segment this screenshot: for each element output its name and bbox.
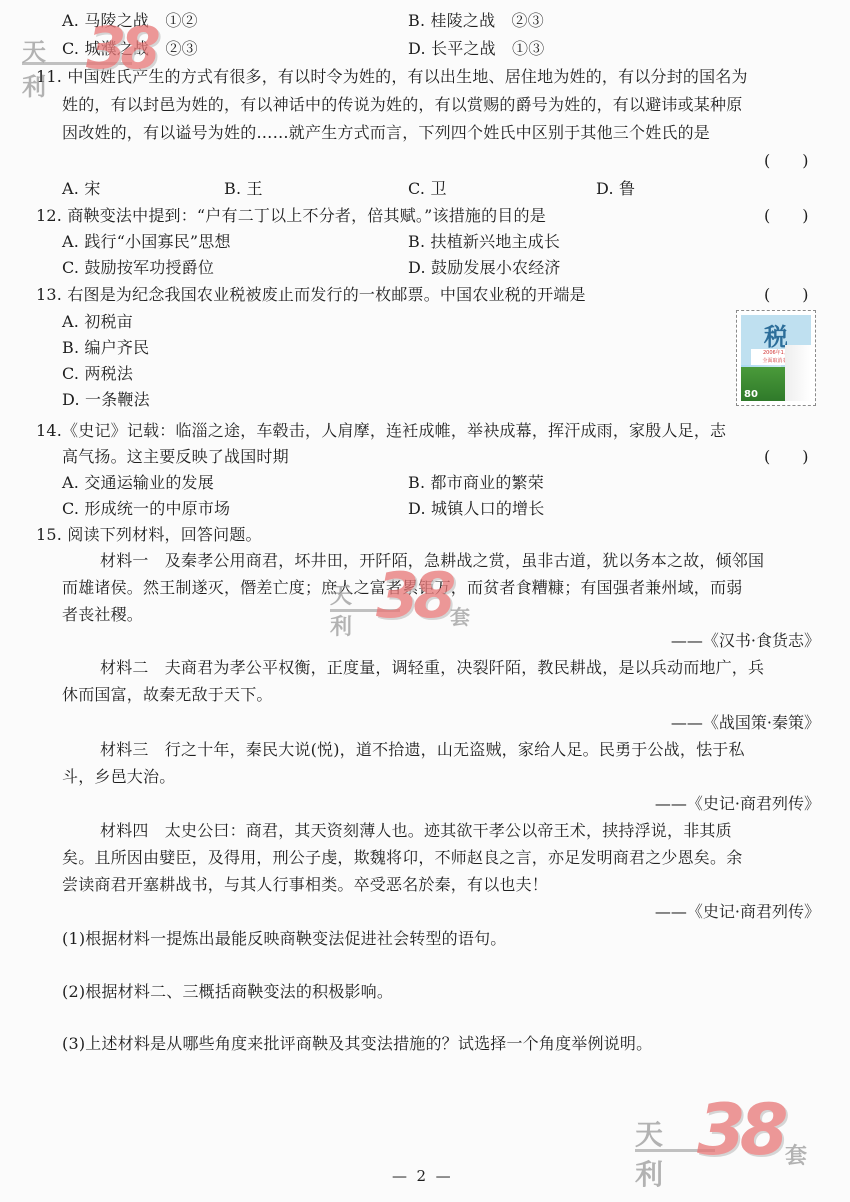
- q14-stem-line-1: 14.《史记》记载：临淄之途，车毂击，人肩摩，连衽成帷，举袂成幕，挥汗成雨，家殷…: [36, 420, 726, 442]
- q14-answer-blank[interactable]: ( ): [764, 446, 809, 468]
- material-1-line-3: 者丧社稷。: [62, 604, 143, 626]
- material-2-source: ——《战国策·秦策》: [671, 712, 820, 734]
- agricultural-tax-stamp-image: 税 2006年1月1日 全面取消农业税 80: [736, 310, 816, 406]
- q11-stem-line-1: 11. 中国姓氏产生的方式有很多，有以时令为姓的，有以出生地、居住地为姓的，有以…: [36, 66, 748, 88]
- q11-answer-blank[interactable]: ( ): [764, 150, 809, 172]
- q10-option-a: A. 马陵之战 ①②: [62, 10, 198, 32]
- material-4-line-1: 材料四 太史公曰：商君，其天资刻薄人也。迹其欲干孝公以帝王术，挟持浮说，非其质: [100, 820, 732, 842]
- material-4-line-2: 矣。且所因由嬖臣，及得用，刑公子虔，欺魏将卬，不师赵良之言，亦足发明商君之少恩矣…: [62, 847, 742, 869]
- material-3-line-2: 斗，乡邑大治。: [62, 766, 175, 788]
- stamp-denomination: 80: [744, 389, 758, 400]
- watermark-suffix-text: 套: [450, 601, 470, 630]
- material-1-source: ——《汉书·食货志》: [671, 630, 820, 652]
- q11-stem-line-2: 姓的，有以封邑为姓的，有以神话中的传说为姓的，有以赏赐的爵号为姓的，有以避讳或某…: [62, 94, 742, 116]
- material-4-source: ——《史记·商君列传》: [655, 901, 820, 923]
- watermark-suffix-text: 套: [785, 1139, 807, 1170]
- watermark-underline: [635, 1149, 715, 1152]
- q14-stem-line-2: 高气扬。这主要反映了战国时期: [62, 446, 289, 468]
- q10-option-d: D. 长平之战 ①③: [408, 38, 544, 60]
- watermark-brand-text: 天利: [635, 1113, 663, 1193]
- q14-option-c: C. 形成统一的中原市场: [62, 498, 230, 520]
- watermark-underline: [330, 609, 400, 612]
- material-1-line-2: 而雄诸侯。然王制遂灭，僭差亡度；庶人之富者累钜万，而贫者食糟糠；有国强者兼州域，…: [62, 577, 742, 599]
- q11-option-c: C. 卫: [408, 178, 447, 200]
- page-number: — 2 —: [392, 1167, 451, 1185]
- sub-question-2: (2)根据材料二、三概括商鞅变法的积极影响。: [62, 981, 393, 1003]
- stamp-page-fold: [785, 345, 811, 401]
- material-3-line-1: 材料三 行之十年，秦民大说(悦)，道不拾遗，山无盗贼，家给人足。民勇于公战，怯于…: [100, 739, 745, 761]
- sub-question-3: (3)上述材料是从哪些角度来批评商鞅及其变法措施的？试选择一个角度举例说明。: [62, 1033, 652, 1055]
- q12-option-d: D. 鼓励发展小农经济: [408, 257, 561, 279]
- q13-answer-blank[interactable]: ( ): [764, 284, 809, 306]
- watermark-number: 38: [697, 1089, 782, 1171]
- q12-answer-blank[interactable]: ( ): [764, 205, 809, 227]
- q15-stem: 15. 阅读下列材料，回答问题。: [36, 524, 262, 546]
- q14-option-d: D. 城镇人口的增长: [408, 498, 544, 520]
- q12-option-c: C. 鼓励按军功授爵位: [62, 257, 214, 279]
- watermark-underline: [22, 62, 132, 65]
- q11-option-b: B. 王: [224, 178, 263, 200]
- q11-option-d: D. 鲁: [596, 178, 635, 200]
- material-2-line-2: 休而国富，故秦无敌于天下。: [62, 684, 273, 706]
- q11-option-a: A. 宋: [62, 178, 101, 200]
- q10-option-c: C. 城濮之战 ②③: [62, 38, 198, 60]
- q13-option-b: B. 编户齐民: [62, 337, 149, 359]
- q12-stem: 12. 商鞅变法中提到：“户有二丁以上不分者，倍其赋。”该措施的目的是: [36, 205, 546, 227]
- q13-option-c: C. 两税法: [62, 363, 133, 385]
- q12-option-a: A. 践行“小国寡民”思想: [62, 231, 231, 253]
- q13-stem: 13. 右图是为纪念我国农业税被废止而发行的一枚邮票。中国农业税的开端是: [36, 284, 586, 306]
- q14-option-a: A. 交通运输业的发展: [62, 472, 214, 494]
- q14-option-b: B. 都市商业的繁荣: [408, 472, 544, 494]
- q13-option-a: A. 初税亩: [62, 311, 133, 333]
- q11-stem-line-3: 因改姓的，有以谥号为姓的……就产生方式而言，下列四个姓氏中区别于其他三个姓氏的是: [62, 122, 710, 144]
- q13-option-d: D. 一条鞭法: [62, 389, 150, 411]
- material-4-line-3: 尝读商君开塞耕战书，与其人行事相类。卒受恶名於秦，有以也夫！: [62, 874, 548, 896]
- material-3-source: ——《史记·商君列传》: [655, 793, 820, 815]
- material-1-line-1: 材料一 及秦孝公用商君，坏井田，开阡陌，急耕战之赏，虽非古道，犹以务本之故，倾邻…: [100, 550, 764, 572]
- q12-option-b: B. 扶植新兴地主成长: [408, 231, 560, 253]
- q10-option-b: B. 桂陵之战 ②③: [408, 10, 544, 32]
- material-2-line-1: 材料二 夫商君为孝公平权衡，正度量，调轻重，决裂阡陌，教民耕战，是以兵动而地广，…: [100, 657, 764, 679]
- sub-question-1: (1)根据材料一提炼出最能反映商鞅变法促进社会转型的语句。: [62, 928, 506, 950]
